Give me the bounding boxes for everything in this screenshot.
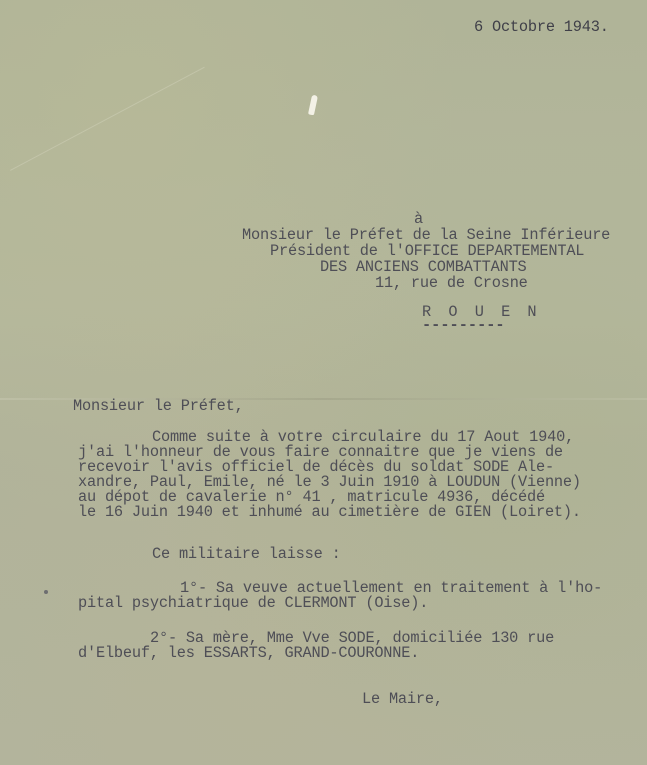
recipient-line: Monsieur le Préfet de la Seine Inférieur… (242, 228, 610, 243)
list-item-line: pital psychiatrique de CLERMONT (Oise). (78, 596, 428, 611)
recipient-city-underline: --------- (422, 318, 505, 333)
signature: Le Maire, (362, 692, 443, 707)
body-line: le 16 Juin 1940 et inhumé au cimetière d… (78, 505, 581, 520)
list-item-line: d'Elbeuf, les ESSARTS, GRAND-COURONNE. (78, 646, 419, 661)
recipient-line: Président de l'OFFICE DEPARTEMENTAL (270, 244, 584, 259)
leaves-intro: Ce militaire laisse : (152, 547, 341, 562)
recipient-line: 11, rue de Crosne (375, 276, 528, 291)
ink-dot (44, 590, 48, 594)
salutation: Monsieur le Préfet, (73, 399, 244, 414)
paper-crease (10, 67, 205, 171)
letter-page: 6 Octobre 1943. à Monsieur le Préfet de … (0, 0, 647, 765)
paper-blemish (308, 95, 318, 116)
letter-date: 6 Octobre 1943. (474, 20, 609, 35)
recipient-prefix: à (414, 212, 423, 227)
recipient-line: DES ANCIENS COMBATTANTS (320, 260, 527, 275)
